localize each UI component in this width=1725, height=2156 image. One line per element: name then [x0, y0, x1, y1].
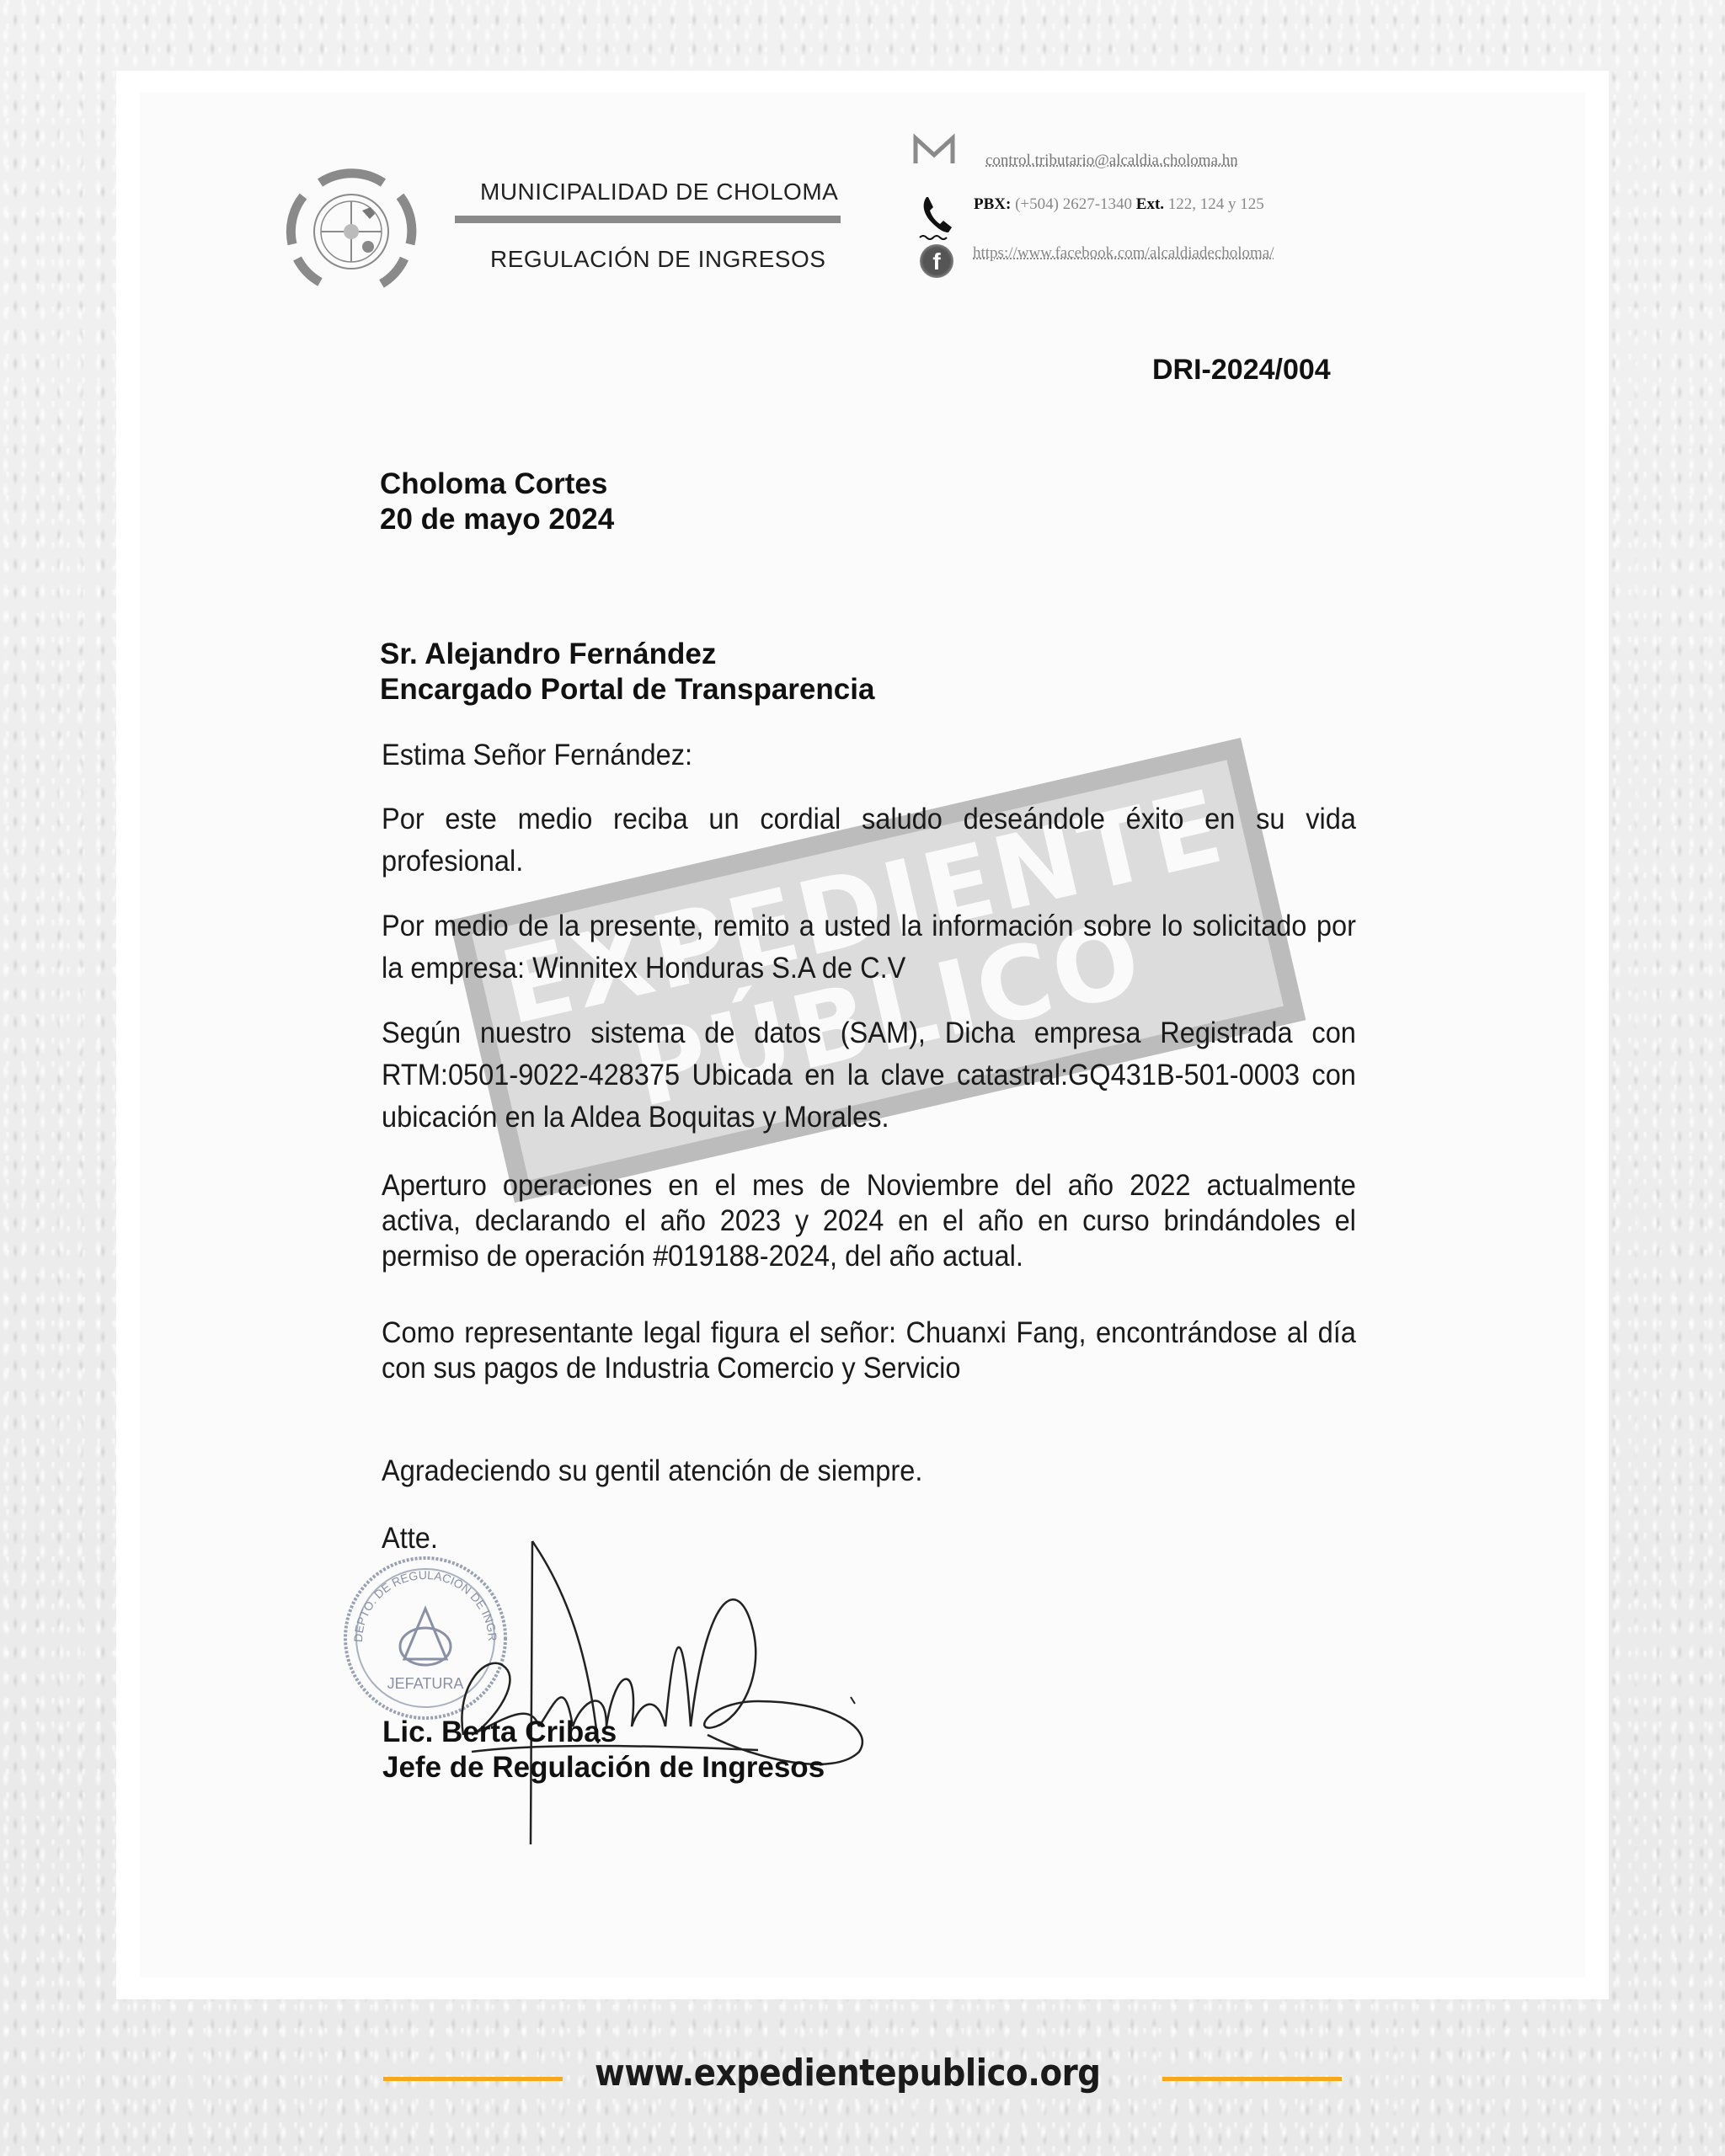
closing: Agradeciendo su gentil atención de siemp… [382, 1450, 1288, 1492]
paragraph-request: Por medio de la presente, remito a usted… [382, 905, 1356, 990]
salutation: Estima Señor Fernández: [382, 734, 1288, 776]
phone-icon [918, 194, 955, 241]
place-date: Choloma Cortes 20 de mayo 2024 [380, 467, 614, 537]
phone-number: PBX: (+504) 2627-1340 Ext. 122, 124 y 12… [974, 195, 1264, 214]
institution-name: MUNICIPALIDAD DE CHOLOMA [480, 179, 838, 205]
footer-website-link[interactable]: www.expedientepublico.org [595, 2052, 1101, 2095]
recipient-title: Encargado Portal de Transparencia [380, 672, 874, 707]
facebook-icon: f [920, 244, 953, 278]
footer-accent-left [383, 2077, 563, 2081]
recipient-name: Sr. Alejandro Fernández [380, 637, 874, 672]
signature [438, 1533, 876, 1853]
recipient: Sr. Alejandro Fernández Encargado Portal… [380, 637, 874, 707]
header-divider [455, 216, 841, 223]
place: Choloma Cortes [380, 467, 614, 502]
department-name: REGULACIÓN DE INGRESOS [490, 246, 825, 273]
signer: Lic. Berta Cribas Jefe de Regulación de … [382, 1715, 825, 1785]
mail-icon [912, 133, 956, 168]
municipal-crest-icon [282, 164, 421, 299]
email-link[interactable]: control.tributario@alcaldia.choloma.hn [985, 152, 1238, 170]
footer-accent-right [1162, 2077, 1342, 2081]
signer-name: Lic. Berta Cribas [382, 1715, 825, 1750]
paragraph-greeting: Por este medio reciba un cordial saludo … [382, 798, 1356, 883]
paragraph-operations: Aperturo operaciones en el mes de Noviem… [382, 1168, 1356, 1274]
facebook-link[interactable]: https://www.facebook.com/alcaldiadecholo… [973, 244, 1274, 263]
paragraph-registration: Según nuestro sistema de datos (SAM), Di… [382, 1012, 1356, 1139]
signer-title: Jefe de Regulación de Ingresos [382, 1750, 825, 1785]
paragraph-legal-rep: Como representante legal figura el señor… [382, 1315, 1356, 1386]
date: 20 de mayo 2024 [380, 502, 614, 537]
document-reference: DRI-2024/004 [1152, 354, 1331, 387]
